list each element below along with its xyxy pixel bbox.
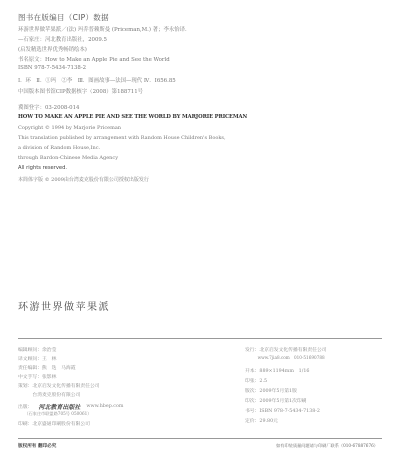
price-line: 定价：29.80元 <box>245 417 327 427</box>
publisher-label: 出版： <box>18 403 32 410</box>
distribution-line: 发行：北京启发文化传播有限责任公司 <box>245 346 327 355</box>
credit-line: 译文顾问：王 林 <box>18 355 123 364</box>
publisher-url: www.hbep.com <box>86 404 123 409</box>
cip-line: 中国版本图书馆CIP数据核字（2008）第188711号 <box>18 87 143 95</box>
sheets-line: 印张：2.5 <box>245 377 327 387</box>
edition-line: 版次：2009年5月第1版 <box>245 387 327 397</box>
cip-line: 环游世界做苹果派／(法) 玛乔普赖斯曼 (Priceman,M.) 著；李永怡译… <box>18 25 190 33</box>
distribution-contact: www.7jia8.com 010-51690788 <box>245 355 327 367</box>
publisher-logo: 河北教育出版社 <box>38 402 80 411</box>
registration-number: 冀图登字：03-2008-014 <box>18 103 79 111</box>
credit-line: 责任编辑：熊 迭 马海霞 <box>18 364 123 373</box>
isbn-line: 书号：ISBN 978-7-5434-7138-2 <box>245 407 327 417</box>
credit-line: 台湾麦克股份有限公司 <box>18 391 123 401</box>
translation-line: This translation published by arrangemen… <box>18 135 226 141</box>
publisher-row: 出版： 河北教育出版社 www.hbep.com <box>18 401 123 411</box>
chinese-rights-line: 本简体字版 © 2009由台湾麦克股份有限公司授权出版发行 <box>18 176 149 183</box>
cip-line: —石家庄：河北教育出版社，2009.5 <box>18 35 107 43</box>
rights-reserved: All rights reserved. <box>18 165 67 171</box>
copyright-line: Copyright © 1994 by Marjorie Priceman <box>18 125 121 131</box>
division-line: a division of Random House,Inc. <box>18 145 100 151</box>
book-title: 环游世界做苹果派 <box>18 298 110 313</box>
credit-line: 编辑顾问：余治莹 <box>18 346 123 355</box>
english-title: HOW TO MAKE AN APPLE PIE AND SEE THE WOR… <box>18 114 247 120</box>
publisher-address: （石家庄市联盟路705号 050061） <box>18 411 123 420</box>
cip-line: (启发精选世界优秀畅销绘本) <box>18 45 87 53</box>
credit-line: 策划：北京启发文化传播有限责任公司 <box>18 382 123 391</box>
footer-contact: 如有印装质量问题请与印刷厂联系（010-67887676） <box>276 443 378 449</box>
credits-left: 编辑顾问：余治莹 译文顾问：王 林 责任编辑：熊 迭 马海霞 中文手写：张影林 … <box>18 346 123 429</box>
agency-line: through Bardon-Chinese Media Agency <box>18 155 118 161</box>
credit-line: 中文手写：张影林 <box>18 373 123 382</box>
format-line: 开本：889×1194mm 1/16 <box>245 367 327 377</box>
printer-line: 印刷：北京盛通印刷股份有限公司 <box>18 420 123 429</box>
divider-top <box>18 338 382 339</box>
divider-bottom <box>18 438 382 439</box>
printing-line: 印次：2009年5月第1次印刷 <box>245 397 327 407</box>
cip-line: ISBN 978-7-5434-7138-2 <box>18 65 86 71</box>
footer-copyright: 版权所有 翻印必究 <box>18 443 56 449</box>
cip-line: Ⅰ．环 Ⅱ．①玛 ②李 Ⅲ．图画故事—法国—现代 Ⅳ．I656.85 <box>18 76 176 84</box>
credits-right: 发行：北京启发文化传播有限责任公司 www.7jia8.com 010-5169… <box>245 346 327 427</box>
cip-line: 书名原文：How to Make an Apple Pie and See th… <box>18 55 170 63</box>
cip-heading: 图书在版编目（CIP）数据 <box>18 12 109 23</box>
